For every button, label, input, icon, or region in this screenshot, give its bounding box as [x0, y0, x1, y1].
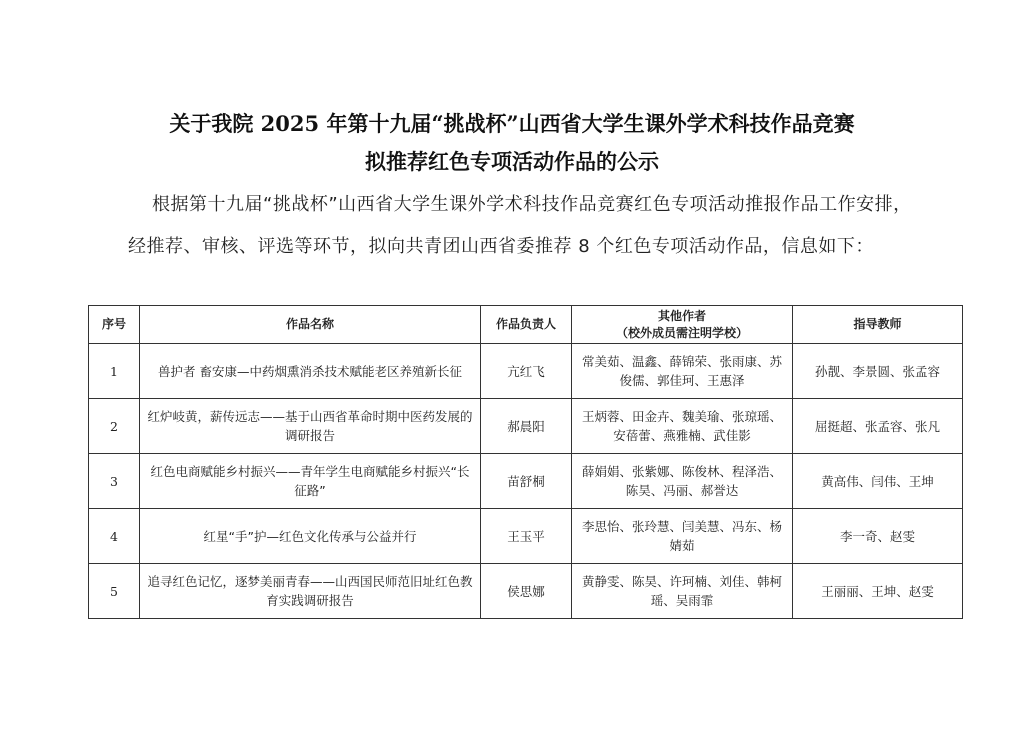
row-leader: 侯思娜 [481, 564, 572, 619]
row-advisors: 孙靓、李景圆、张孟容 [793, 344, 963, 399]
row-work-name: 兽护者 畜安康—中药烟熏消杀技术赋能老区养殖新长征 [140, 344, 481, 399]
table-row: 5 追寻红色记忆，逐梦美丽青春——山西国民师范旧址红色教育实践调研报告 侯思娜 … [89, 564, 963, 619]
row-index: 5 [89, 564, 140, 619]
row-advisors: 王丽丽、王坤、赵雯 [793, 564, 963, 619]
row-other-authors: 王炳蓉、田金卉、魏美瑜、张琼瑶、安蓓蕾、燕雅楠、武佳影 [572, 399, 793, 454]
row-work-name: 红色电商赋能乡村振兴——青年学生电商赋能乡村振兴“长征路” [140, 454, 481, 509]
header-other-authors-line1: 其他作者 [578, 308, 786, 325]
row-index: 4 [89, 509, 140, 564]
row-other-authors: 李思怡、张玲慧、闫美慧、冯东、杨婧茹 [572, 509, 793, 564]
row-other-authors: 黄静雯、陈昊、许珂楠、刘佳、韩柯瑶、吴雨霏 [572, 564, 793, 619]
row-work-name: 追寻红色记忆，逐梦美丽青春——山西国民师范旧址红色教育实践调研报告 [140, 564, 481, 619]
table-row: 2 红炉岐黄，薪传远志——基于山西省革命时期中医药发展的调研报告 郝晨阳 王炳蓉… [89, 399, 963, 454]
document-title-line2: 拟推荐红色专项活动作品的公示 [0, 146, 1024, 176]
row-other-authors: 薛娟娟、张紫娜、陈俊林、程泽浩、陈昊、冯丽、郝誉达 [572, 454, 793, 509]
intro-paragraph-line2: 经推荐、审核、评选等环节，拟向共青团山西省委推荐 8 个红色专项活动作品，信息如… [128, 232, 874, 258]
row-index: 2 [89, 399, 140, 454]
row-advisors: 屈挺超、张孟容、张凡 [793, 399, 963, 454]
row-work-name: 红星“手”护—红色文化传承与公益并行 [140, 509, 481, 564]
row-leader: 郝晨阳 [481, 399, 572, 454]
table-header-row: 序号 作品名称 作品负责人 其他作者 （校外成员需注明学校） 指导教师 [89, 306, 963, 344]
row-index: 3 [89, 454, 140, 509]
row-other-authors: 常美茹、温鑫、薛锦荣、张雨康、苏俊儒、郭佳珂、王惠泽 [572, 344, 793, 399]
row-work-name: 红炉岐黄，薪传远志——基于山西省革命时期中医药发展的调研报告 [140, 399, 481, 454]
row-leader: 王玉平 [481, 509, 572, 564]
header-other-authors: 其他作者 （校外成员需注明学校） [572, 306, 793, 344]
row-advisors: 李一奇、赵雯 [793, 509, 963, 564]
table-row: 3 红色电商赋能乡村振兴——青年学生电商赋能乡村振兴“长征路” 苗舒桐 薛娟娟、… [89, 454, 963, 509]
header-index: 序号 [89, 306, 140, 344]
table-row: 4 红星“手”护—红色文化传承与公益并行 王玉平 李思怡、张玲慧、闫美慧、冯东、… [89, 509, 963, 564]
header-name: 作品名称 [140, 306, 481, 344]
intro-paragraph-line1: 根据第十九届“挑战杯”山西省大学生课外学术科技作品竞赛红色专项活动推报作品工作安… [152, 190, 912, 216]
row-advisors: 黄高伟、闫伟、王坤 [793, 454, 963, 509]
document-title-line1: 关于我院 2025 年第十九届“挑战杯”山西省大学生课外学术科技作品竞赛 [0, 108, 1024, 138]
header-other-authors-line2: （校外成员需注明学校） [578, 325, 786, 342]
row-leader: 苗舒桐 [481, 454, 572, 509]
table-row: 1 兽护者 畜安康—中药烟熏消杀技术赋能老区养殖新长征 亢红飞 常美茹、温鑫、薛… [89, 344, 963, 399]
works-table: 序号 作品名称 作品负责人 其他作者 （校外成员需注明学校） 指导教师 1 兽护… [88, 305, 963, 619]
header-advisors: 指导教师 [793, 306, 963, 344]
row-leader: 亢红飞 [481, 344, 572, 399]
row-index: 1 [89, 344, 140, 399]
header-leader: 作品负责人 [481, 306, 572, 344]
